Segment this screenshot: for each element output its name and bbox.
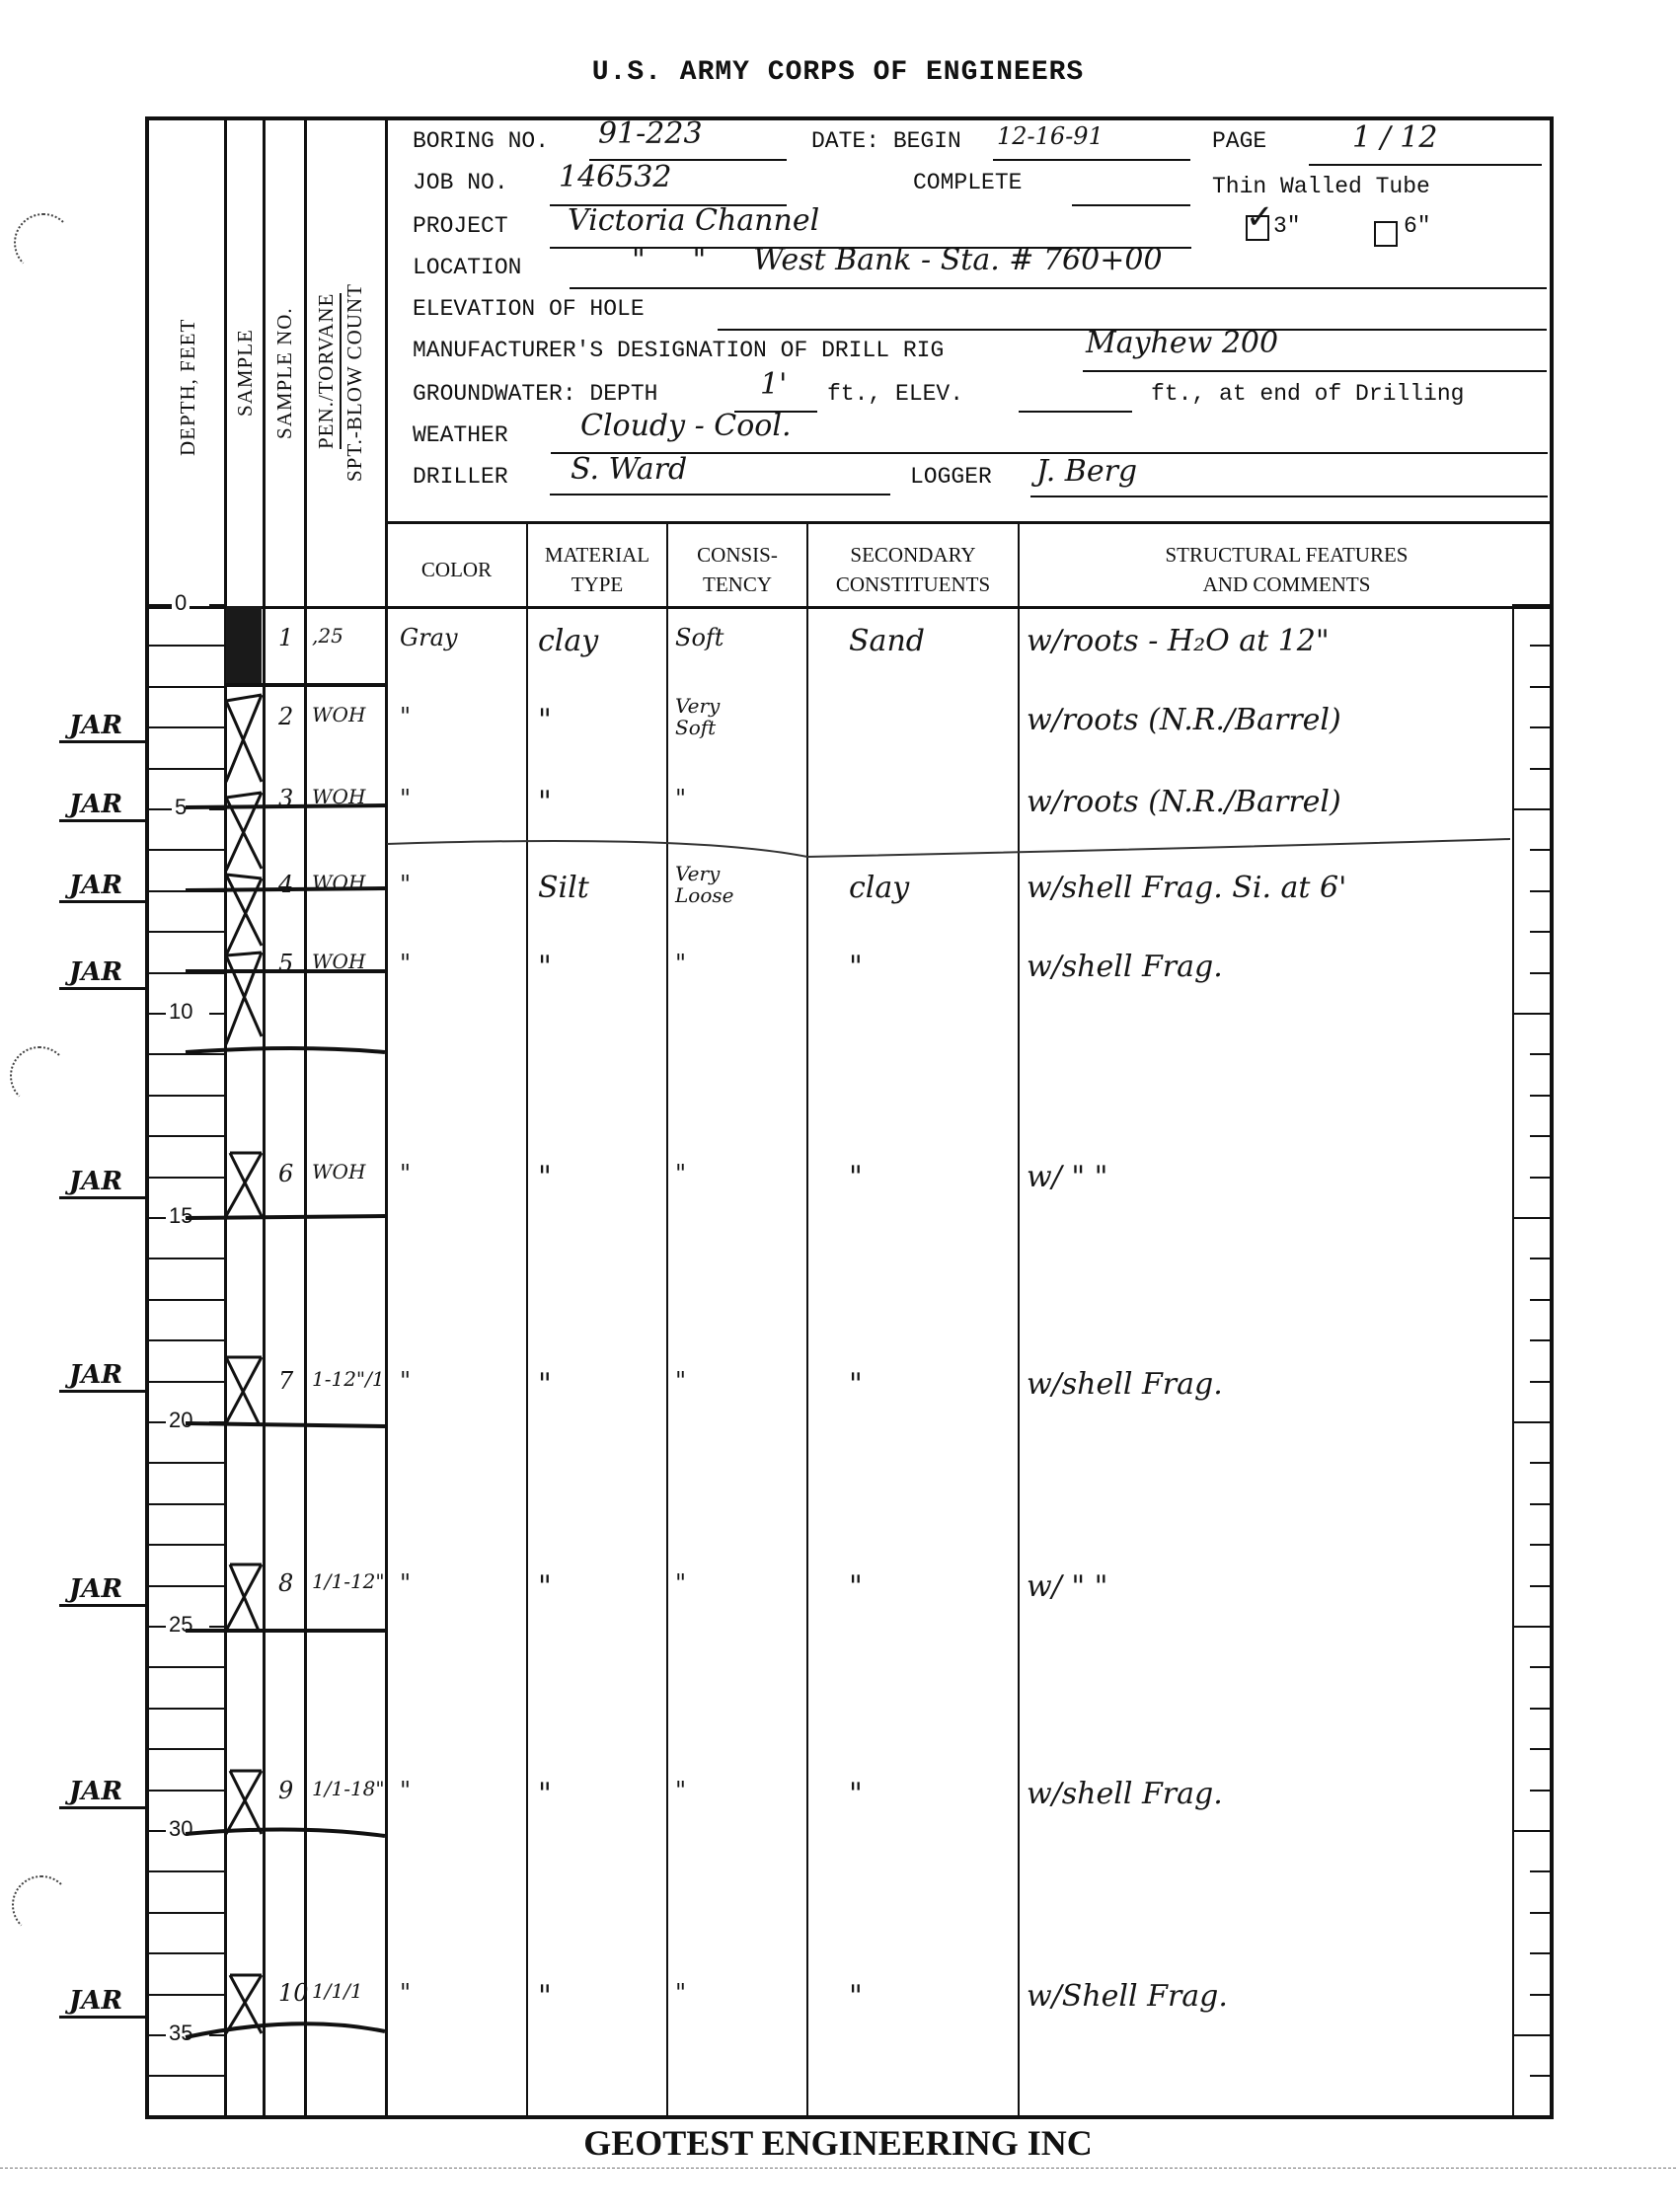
blow-count-cell[interactable]: WOH	[312, 871, 365, 894]
sample-boundary	[186, 1216, 385, 1218]
blow-count-cell[interactable]: ,25	[312, 624, 343, 648]
sample-no-cell[interactable]: 2	[278, 703, 293, 730]
blow-count-cell[interactable]: WOH	[312, 1160, 365, 1183]
page-edge	[0, 2168, 1676, 2169]
comments-cell[interactable]: w/shell Frag. Si. at 6'	[1027, 871, 1346, 905]
color-cell[interactable]: Gray	[400, 624, 458, 651]
secondary-cell[interactable]: "	[849, 1777, 863, 1811]
sample-x-icon	[226, 953, 262, 1044]
comments-cell[interactable]: w/Shell Frag.	[1027, 1979, 1228, 2014]
secondary-cell[interactable]: "	[849, 1979, 863, 2014]
sample-boundary	[186, 1048, 385, 1052]
jar-annotation: JAR	[59, 1360, 148, 1393]
sample-no-cell[interactable]: 5	[278, 950, 293, 977]
comments-cell[interactable]: w/roots (N.R./Barrel)	[1027, 785, 1341, 819]
material-cell[interactable]: "	[538, 950, 552, 984]
jar-annotation: JAR	[59, 1574, 148, 1607]
sample-boundary	[186, 1829, 385, 1836]
comments-cell[interactable]: w/roots (N.R./Barrel)	[1027, 703, 1341, 737]
sample-x-icon	[226, 1564, 262, 1631]
sample-boundary	[186, 1423, 385, 1426]
sample-no-cell[interactable]: 8	[278, 1569, 293, 1597]
sample-x-icon	[226, 875, 262, 955]
sample-x-icon	[226, 1357, 262, 1423]
jar-annotation: JAR	[59, 1986, 148, 2019]
material-cell[interactable]: "	[538, 1979, 552, 2014]
comments-cell[interactable]: w/shell Frag.	[1027, 950, 1223, 984]
material-cell[interactable]: clay	[538, 624, 598, 658]
jar-annotation: JAR	[59, 957, 148, 990]
color-cell[interactable]: "	[400, 871, 411, 898]
sample-x-icon	[226, 695, 262, 782]
consistency-cell[interactable]: "	[675, 1777, 686, 1804]
comments-cell[interactable]: w/ " "	[1027, 1160, 1107, 1194]
secondary-cell[interactable]: Sand	[849, 624, 925, 658]
material-cell[interactable]: "	[538, 1569, 552, 1604]
sample-no-cell[interactable]: 1	[278, 624, 293, 651]
sample-no-cell[interactable]: 10	[278, 1979, 309, 2007]
consistency-cell[interactable]: "	[675, 1569, 686, 1597]
consistency-cell[interactable]: Very Soft	[675, 695, 754, 738]
sample-no-cell[interactable]: 7	[278, 1367, 293, 1395]
material-cell[interactable]: "	[538, 785, 552, 819]
consistency-cell[interactable]: "	[675, 1979, 686, 2007]
consistency-cell[interactable]: "	[675, 950, 686, 977]
consistency-cell[interactable]: Very Loose	[675, 863, 754, 906]
material-cell[interactable]: Silt	[538, 871, 589, 905]
company-footer: GEOTEST ENGINEERING INC	[0, 2122, 1676, 2164]
color-cell[interactable]: "	[400, 1777, 411, 1804]
jar-annotation: JAR	[59, 711, 148, 743]
consistency-cell[interactable]: "	[675, 1367, 686, 1395]
secondary-cell[interactable]: "	[849, 950, 863, 984]
jar-annotation: JAR	[59, 790, 148, 822]
sample-x-icon	[226, 1153, 262, 1216]
comments-cell[interactable]: w/shell Frag.	[1027, 1367, 1223, 1402]
comments-cell[interactable]: w/ " "	[1027, 1569, 1107, 1604]
sample-no-cell[interactable]: 4	[278, 871, 293, 898]
sample-x-icon	[226, 793, 262, 871]
sample-boundary	[186, 2023, 385, 2037]
color-cell[interactable]: "	[400, 1160, 411, 1187]
color-cell[interactable]: "	[400, 703, 411, 730]
consistency-cell[interactable]: "	[675, 785, 686, 812]
consistency-cell[interactable]: "	[675, 1160, 686, 1187]
blow-count-cell[interactable]: 1-12"/1	[312, 1367, 385, 1391]
secondary-cell[interactable]: "	[849, 1569, 863, 1604]
material-cell[interactable]: "	[538, 703, 552, 737]
comments-cell[interactable]: w/shell Frag.	[1027, 1777, 1223, 1811]
secondary-cell[interactable]: "	[849, 1160, 863, 1194]
secondary-cell[interactable]: clay	[849, 871, 909, 905]
stratum-boundary-line	[387, 839, 1510, 857]
color-cell[interactable]: "	[400, 785, 411, 812]
color-cell[interactable]: "	[400, 1979, 411, 2007]
color-cell[interactable]: "	[400, 1367, 411, 1395]
material-cell[interactable]: "	[538, 1367, 552, 1402]
sample-no-cell[interactable]: 9	[278, 1777, 293, 1804]
color-cell[interactable]: "	[400, 950, 411, 977]
jar-annotation: JAR	[59, 1777, 148, 1809]
color-cell[interactable]: "	[400, 1569, 411, 1597]
blow-count-cell[interactable]: WOH	[312, 703, 365, 726]
blow-count-cell[interactable]: WOH	[312, 785, 365, 808]
sample-x-icon	[226, 1771, 262, 1834]
sample-markers-layer	[0, 0, 1676, 2212]
blow-count-cell[interactable]: 1/1-18"	[312, 1777, 385, 1800]
material-cell[interactable]: "	[538, 1777, 552, 1811]
material-cell[interactable]: "	[538, 1160, 552, 1194]
blow-count-cell[interactable]: 1/1/1	[312, 1979, 363, 2003]
jar-annotation: JAR	[59, 1167, 148, 1199]
sample-no-cell[interactable]: 6	[278, 1160, 293, 1187]
consistency-cell[interactable]: Soft	[675, 624, 724, 651]
sample-no-cell[interactable]: 3	[278, 785, 293, 812]
blow-count-cell[interactable]: WOH	[312, 950, 365, 973]
jar-annotation: JAR	[59, 871, 148, 903]
secondary-cell[interactable]: "	[849, 1367, 863, 1402]
blow-count-cell[interactable]: 1/1-12"	[312, 1569, 385, 1593]
comments-cell[interactable]: w/roots - H₂O at 12"	[1027, 624, 1330, 658]
